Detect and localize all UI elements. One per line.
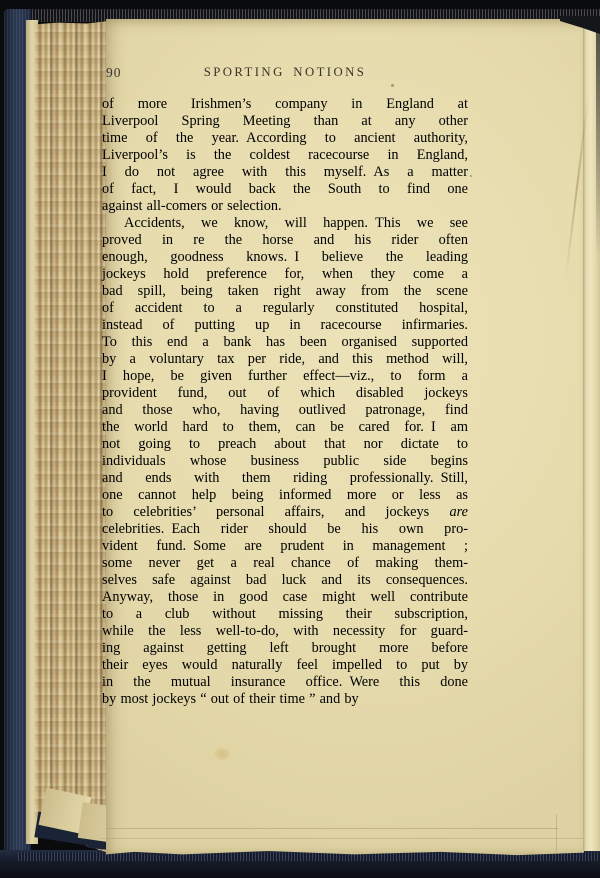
text-line: and those who, having outlived patronage… [102, 402, 468, 419]
line-text: of more Irishmen’s company in England at [102, 96, 468, 112]
text-line: Liverpool’s is the coldest racecourse in… [102, 147, 468, 164]
line-text: by most jockeys “ out of their time ” an… [102, 691, 359, 707]
text-line: one cannot help being informed more or l… [102, 487, 468, 504]
text-line: not going to preach about that nor dicta… [102, 436, 468, 453]
line-text: their eyes would naturally feel impelled… [102, 657, 468, 673]
under-page-edge [556, 814, 557, 852]
line-text: some never get a real chance of making t… [102, 555, 468, 571]
paper-stain [214, 748, 230, 760]
body-text: of more Irishmen’s company in England at… [102, 96, 468, 708]
line-text: Accidents, we know, will happen. This we… [124, 215, 468, 231]
line-text: to a club without missing their subscrip… [102, 606, 468, 622]
emphasized-word: are [449, 504, 468, 520]
text-line: jockeys hold preference for, when they c… [102, 266, 468, 283]
text-line: of more Irishmen’s company in England at [102, 96, 468, 113]
text-line: ing against getting left brought more be… [102, 640, 468, 657]
paragraph: of more Irishmen’s company in England at… [102, 96, 468, 215]
text-line: to celebrities’ personal affairs, and jo… [102, 504, 468, 521]
line-text: and those who, having outlived patronage… [102, 402, 468, 418]
text-line: provident fund, out of which disabled jo… [102, 385, 468, 402]
paper-speck [391, 84, 394, 87]
line-text: vident fund. Some are prudent in managem… [102, 538, 468, 554]
line-text: Anyway, those in good case might well co… [102, 589, 468, 605]
line-text: not going to preach about that nor dicta… [102, 436, 468, 452]
line-text: proved in re the horse and his rider oft… [102, 232, 468, 248]
text-line: bad spill, being taken right away from t… [102, 283, 468, 300]
text-line: in the mutual insurance office. Were thi… [102, 674, 468, 691]
text-line: instead of putting up in racecourse infi… [102, 317, 468, 334]
text-line: Anyway, those in good case might well co… [102, 589, 468, 606]
line-text: Liverpool Spring Meeting than at any oth… [102, 113, 468, 129]
gutter-shadow [596, 19, 600, 259]
line-text: I hope, be given further effect—viz., to… [102, 368, 468, 384]
text-line: I do not agree with this myself. As a ma… [102, 164, 468, 181]
text-line: some never get a real chance of making t… [102, 555, 468, 572]
text-line: to a club without missing their subscrip… [102, 606, 468, 623]
line-text: jockeys hold preference for, when they c… [102, 266, 468, 282]
line-text: to celebrities’ personal affairs, and jo… [102, 504, 449, 520]
line-text: To this end a bank has been organised su… [102, 334, 468, 350]
text-line: Accidents, we know, will happen. This we… [102, 215, 468, 232]
text-line: and ends with them riding professionally… [102, 470, 468, 487]
text-line: individuals whose business public side b… [102, 453, 468, 470]
text-line: Liverpool Spring Meeting than at any oth… [102, 113, 468, 130]
line-text: of fact, I would back the South to find … [102, 181, 468, 197]
paper-speck [470, 175, 472, 177]
text-line: while the less well-to-do, with necessit… [102, 623, 468, 640]
line-text: the world hard to them, can be cared for… [102, 419, 468, 435]
line-text: one cannot help being informed more or l… [102, 487, 468, 503]
text-line: proved in re the horse and his rider oft… [102, 232, 468, 249]
text-line: of accident to a regularly constituted h… [102, 300, 468, 317]
line-text: instead of putting up in racecourse infi… [102, 317, 468, 333]
text-line: their eyes would naturally feel impelled… [102, 657, 468, 674]
text-line: enough, goodness knows. I believe the le… [102, 249, 468, 266]
line-text: selves safe against bad luck and its con… [102, 572, 468, 588]
line-text: provident fund, out of which disabled jo… [102, 385, 468, 401]
text-line: To this end a bank has been organised su… [102, 334, 468, 351]
line-text: enough, goodness knows. I believe the le… [102, 249, 468, 265]
text-line: vident fund. Some are prudent in managem… [102, 538, 468, 555]
running-header: SPORTING NOTIONS [102, 65, 468, 80]
line-text: bad spill, being taken right away from t… [102, 283, 468, 299]
scanned-book-photo: 90 SPORTING NOTIONS of more Irishmen’s c… [0, 0, 600, 878]
text-line: by a voluntary tax per ride, and this me… [102, 351, 468, 368]
page-header: 90 SPORTING NOTIONS [102, 65, 468, 83]
line-text: by a voluntary tax per ride, and this me… [102, 351, 468, 367]
line-text: while the less well-to-do, with necessit… [102, 623, 468, 639]
text-line: I hope, be given further effect—viz., to… [102, 368, 468, 385]
text-line: by most jockeys “ out of their time ” an… [102, 691, 468, 708]
under-page-edge [100, 838, 598, 839]
text-line: celebrities. Each rider should be his ow… [102, 521, 468, 538]
line-text: individuals whose business public side b… [102, 453, 468, 469]
under-page-edge [106, 828, 558, 829]
line-text: I do not agree with this myself. As a ma… [102, 164, 468, 180]
text-line: selves safe against bad luck and its con… [102, 572, 468, 589]
paragraph: Accidents, we know, will happen. This we… [102, 215, 468, 708]
text-line: time of the year. According to ancient a… [102, 130, 468, 147]
text-line: the world hard to them, can be cared for… [102, 419, 468, 436]
line-text: in the mutual insurance office. Were thi… [102, 674, 468, 690]
line-text: against all-comers or selection. [102, 198, 282, 214]
text-line: against all-comers or selection. [102, 198, 468, 215]
line-text: celebrities. Each rider should be his ow… [102, 521, 468, 537]
line-text: ing against getting left brought more be… [102, 640, 468, 656]
page-stack-fore-edge [35, 21, 109, 853]
line-text: and ends with them riding professionally… [102, 470, 468, 486]
text-line: of fact, I would back the South to find … [102, 181, 468, 198]
line-text: Liverpool’s is the coldest racecourse in… [102, 147, 468, 163]
line-text: of accident to a regularly constituted h… [102, 300, 468, 316]
line-text: time of the year. According to ancient a… [102, 130, 468, 146]
